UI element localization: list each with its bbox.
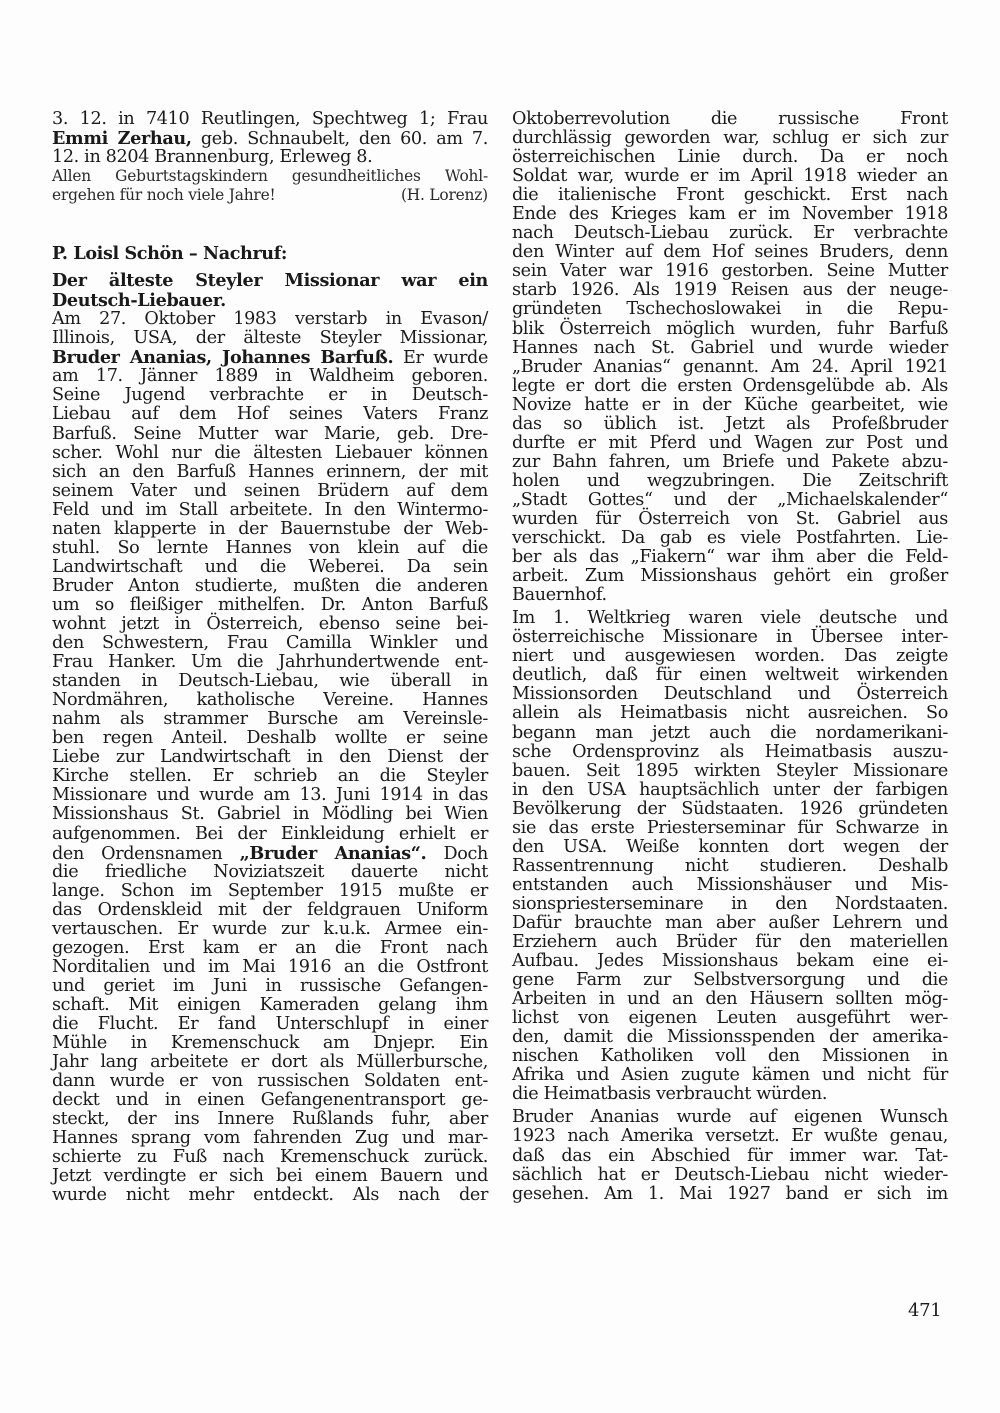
text-line: ber als das „Fiakern“ war ihm aber die F…	[512, 548, 948, 567]
text-line: lange. Schon im September 1915 mußte er	[52, 882, 488, 901]
text-line: arbeit. Zum Missionshaus gehört ein groß…	[512, 567, 948, 586]
text-line: gezogen. Erst kam er an die Front nach	[52, 939, 488, 958]
text-line: niert und ausgewiesen worden. Das zeigte	[512, 647, 948, 666]
text-line: Emmi Zerhau, geb. Schnaubelt, den 60. am…	[52, 129, 488, 148]
text-line: österreichische Missionare in Übersee in…	[512, 628, 948, 647]
text-line: Bruder Ananias, Johannes Barfuß. Er wurd…	[52, 348, 488, 367]
text-line: Hannes sprang vom fahrenden Zug und mar-	[52, 1129, 488, 1148]
text-line: Missionare und wurde am 13. Juni 1914 in…	[52, 786, 488, 805]
text-line: nahm als strammer Bursche am Vereinsle-	[52, 710, 488, 729]
text-line: daß das ein Abschied für immer war. Tat-	[512, 1147, 948, 1166]
text-line: Jetzt verdingte er sich bei einem Bauern…	[52, 1167, 488, 1186]
text-line: Mühle in Kremenschuck am Dnjepr. Ein	[52, 1034, 488, 1053]
birthday-name: Emmi Zerhau,	[52, 128, 192, 149]
text-line: am 17. Jänner 1889 in Waldheim geboren.	[52, 367, 488, 386]
text-line: Frau Hanker. Um die Jahrhundertwende ent…	[52, 653, 488, 672]
text-line: Hannes nach St. Gabriel und wurde wieder	[512, 339, 948, 358]
text-line: Oktoberrevolution die russische Front	[512, 110, 948, 129]
text-line: gene Farm zur Selbstversorgung und die	[512, 971, 948, 990]
text-line: wurde nicht mehr entdeckt. Als nach der	[52, 1186, 488, 1205]
text-line: holen und wegzubringen. Die Zeitschrift	[512, 472, 948, 491]
article-body-part-2: die friedliche Noviziatszeit dauerte nic…	[52, 863, 488, 1206]
order-name: „Bruder Ananias“.	[240, 843, 427, 864]
text-line: Am 27. Oktober 1983 verstarb in Evason/	[52, 310, 488, 329]
text-line: Bruder Ananias wurde auf eigenen Wunsch	[512, 1108, 948, 1127]
page-number: 471	[908, 1300, 941, 1321]
text-line: Bauernhof.	[512, 586, 948, 605]
left-column: 3. 12. in 7410 Reutlingen, Spechtweg 1; …	[52, 110, 488, 1205]
text-line: die Heimatbasis verbraucht würden.	[512, 1085, 948, 1104]
text-line: 12. in 8204 Brannenburg, Erleweg 8.	[52, 148, 488, 167]
text-line: „Bruder Ananias“ genannt. Am 24. April 1…	[512, 358, 948, 377]
text-line: sionspriesterseminare in den Nordstaaten…	[512, 895, 948, 914]
text-line: Illinois, USA, der älteste Steyler Missi…	[52, 329, 488, 348]
article-subtitle: Der älteste Steyler Missionar war ein	[52, 271, 488, 291]
text-line: seinem Vater und seinen Brüdern auf dem	[52, 482, 488, 501]
text-line: vertauschen. Er wurde zur k.u.k. Armee e…	[52, 920, 488, 939]
text-line: sich an den Barfuß Hannes erinnern, der …	[52, 463, 488, 482]
text-line: sie das erste Priesterseminar für Schwar…	[512, 819, 948, 838]
text-line: ergehen für noch viele Jahre!(H. Lorenz)	[52, 186, 488, 205]
text-line: die friedliche Noviziatszeit dauerte nic…	[52, 863, 488, 882]
text-line: österreichischen Linie durch. Da er noch	[512, 148, 948, 167]
text-line: deutlich, daß für einen weltweit wirkend…	[512, 666, 948, 685]
text-line: die Flucht. Er fand Unterschlupf in eine…	[52, 1015, 488, 1034]
text-line: Dafür brauchte man aber außer Lehrern un…	[512, 914, 948, 933]
text-line: legte er dort die ersten Ordensgelübde a…	[512, 377, 948, 396]
text-line: durfte er mit Pferd und Wagen zur Post u…	[512, 434, 948, 453]
text-line: wurden für Österreich von St. Gabriel au…	[512, 510, 948, 529]
paragraph: Im 1. Weltkrieg waren viele deutsche und…	[512, 609, 948, 1104]
text-line: wohnt jetzt in Österreich, ebenso seine …	[52, 615, 488, 634]
text-line: den USA. Weiße konnten dort wegen der	[512, 838, 948, 857]
text-line: begann man jetzt auch die nordamerikani-	[512, 724, 948, 743]
text-line: dann wurde er von russischen Soldaten en…	[52, 1072, 488, 1091]
text-line: Rassentrennung nicht studieren. Deshalb	[512, 857, 948, 876]
text-line: Missionshaus St. Gabriel in Mödling bei …	[52, 805, 488, 824]
text-line: stuhl. So lernte Hannes von klein auf di…	[52, 539, 488, 558]
text-line: schierte zu Fuß nach Kremenschuck zurück…	[52, 1148, 488, 1167]
text-line: Barfuß. Seine Mutter war Marie, geb. Dre…	[52, 425, 488, 444]
text-line: Nordmähren, katholische Vereine. Hannes	[52, 691, 488, 710]
text-line: durchlässig geworden war, schlug er sich…	[512, 129, 948, 148]
text-line: gründeten Tschechoslowakei in die Repu-	[512, 300, 948, 319]
paragraph: Oktoberrevolution die russische Frontdur…	[512, 110, 948, 605]
text-line: Liebe zur Landwirtschaft in den Dienst d…	[52, 748, 488, 767]
text-line: sein Vater war 1916 gestorben. Seine Mut…	[512, 262, 948, 281]
article-body-part-1: am 17. Jänner 1889 in Waldheim geboren.S…	[52, 367, 488, 843]
text-line: „Stadt Gottes“ und der „Michaelskalender…	[512, 491, 948, 510]
article-title: P. Loisl Schön – Nachruf:	[52, 243, 488, 265]
text-line: sche Ordensprovinz als Heimatbasis auszu…	[512, 743, 948, 762]
text-line: in den USA hauptsächlich unter der farbi…	[512, 781, 948, 800]
text-line: starb 1926. Als 1919 Reisen aus der neug…	[512, 281, 948, 300]
text-line: Afrika und Asien zugute kämen und nicht …	[512, 1066, 948, 1085]
text-line: schaft. Mit einigen Kameraden gelang ihm	[52, 996, 488, 1015]
text-line: Landwirtschaft und die Weberei. Da sein	[52, 558, 488, 577]
text-line: um so fleißiger mithelfen. Dr. Anton Bar…	[52, 596, 488, 615]
paragraph: Bruder Ananias wurde auf eigenen Wunsch1…	[512, 1108, 948, 1203]
text-line: nischen Katholiken voll den Missionen in	[512, 1047, 948, 1066]
text-line: den, damit die Missionsspenden der ameri…	[512, 1028, 948, 1047]
text-line: Novize hatte er in der Küche gearbeitet,…	[512, 396, 948, 415]
text-line: steckt, der ins Innere Rußlands fuhr, ab…	[52, 1110, 488, 1129]
text-line: zur Bahn fahren, um Briefe und Pakete ab…	[512, 453, 948, 472]
text-line: bauen. Seit 1895 wirkten Steyler Mission…	[512, 762, 948, 781]
text-line: ben regen Anteil. Deshalb wollte er sein…	[52, 729, 488, 748]
text-line: 3. 12. in 7410 Reutlingen, Spechtweg 1; …	[52, 110, 488, 129]
text-line: Soldat war, wurde er im April 1918 wiede…	[512, 167, 948, 186]
text-line: lichst von eigenen Leuten ausgeführt wer…	[512, 1009, 948, 1028]
text-line: nach Deutsch-Liebau zurück. Er verbracht…	[512, 224, 948, 243]
text-line: sächlich hat er Deutsch-Liebau nicht wie…	[512, 1166, 948, 1185]
text-line: verschickt. Da gab es viele Postfahrten.…	[512, 529, 948, 548]
text-line: und geriet im Juni in russische Gefangen…	[52, 977, 488, 996]
text-line: Bruder Anton studierte, mußten die ander…	[52, 577, 488, 596]
text-line: aufgenommen. Bei der Einkleidung erhielt…	[52, 825, 488, 844]
text-line: Ende des Krieges kam er im November 1918	[512, 205, 948, 224]
text-line: das Ordenskleid mit der feldgrauen Unifo…	[52, 901, 488, 920]
text-line: den Winter auf dem Hof seines Bruders, d…	[512, 243, 948, 262]
text-line: Arbeiten in und an den Häusern sollten m…	[512, 990, 948, 1009]
text-line: Liebau auf dem Hof seines Vaters Franz	[52, 405, 488, 424]
text-line: entstanden auch Missionshäuser und Mis-	[512, 876, 948, 895]
text-line: die italienische Front geschickt. Erst n…	[512, 186, 948, 205]
text-line: gesehen. Am 1. Mai 1927 band er sich im	[512, 1185, 948, 1204]
text-line: Kirche stellen. Er schrieb an die Steyle…	[52, 767, 488, 786]
text-line: Allen Geburtstagskindern gesundheitliche…	[52, 167, 488, 186]
text-line: Feld und im Stall arbeitete. In den Wint…	[52, 501, 488, 520]
signature: (H. Lorenz)	[401, 186, 488, 205]
text-line: Missionsorden Deutschland und Österreich	[512, 685, 948, 704]
document-page: 3. 12. in 7410 Reutlingen, Spechtweg 1; …	[0, 0, 1000, 1413]
text-line: Seine Jugend verbrachte er in Deutsch-	[52, 386, 488, 405]
subject-name: Bruder Ananias, Johannes Barfuß.	[52, 347, 393, 368]
text-line: Im 1. Weltkrieg waren viele deutsche und	[512, 609, 948, 628]
text-line: Bevölkerung der Südstaaten. 1926 gründet…	[512, 800, 948, 819]
text-line: Aufbau. Jedes Missionshaus bekam eine ei…	[512, 952, 948, 971]
text-line: Erziehern auch Brüder für den materielle…	[512, 933, 948, 952]
text-line: allein als Heimatbasis nicht ausreichen.…	[512, 704, 948, 723]
text-line: den Schwestern, Frau Camilla Winkler und	[52, 634, 488, 653]
text-line: scher. Wohl nur die ältesten Liebauer kö…	[52, 444, 488, 463]
text-line: blik Österreich möglich wurden, fuhr Bar…	[512, 320, 948, 339]
text-line: Jahr lang arbeitete er dort als Müllerbu…	[52, 1053, 488, 1072]
text-line: das so üblich ist. Jetzt als Profeßbrude…	[512, 415, 948, 434]
text-line: 1923 nach Amerika versetzt. Er wußte gen…	[512, 1127, 948, 1146]
text-line: standen in Deutsch-Liebau, wie überall i…	[52, 672, 488, 691]
text-line: naten klapperte in der Bauernstube der W…	[52, 520, 488, 539]
text-line: den Ordensnamen „Bruder Ananias“. Doch	[52, 844, 488, 863]
right-column: Oktoberrevolution die russische Frontdur…	[512, 110, 948, 1204]
text-line: Norditalien und im Mai 1916 an die Ostfr…	[52, 958, 488, 977]
text-line: deckt und in einen Gefangenentransport g…	[52, 1091, 488, 1110]
article-subtitle: Deutsch-Liebauer.	[52, 291, 488, 311]
